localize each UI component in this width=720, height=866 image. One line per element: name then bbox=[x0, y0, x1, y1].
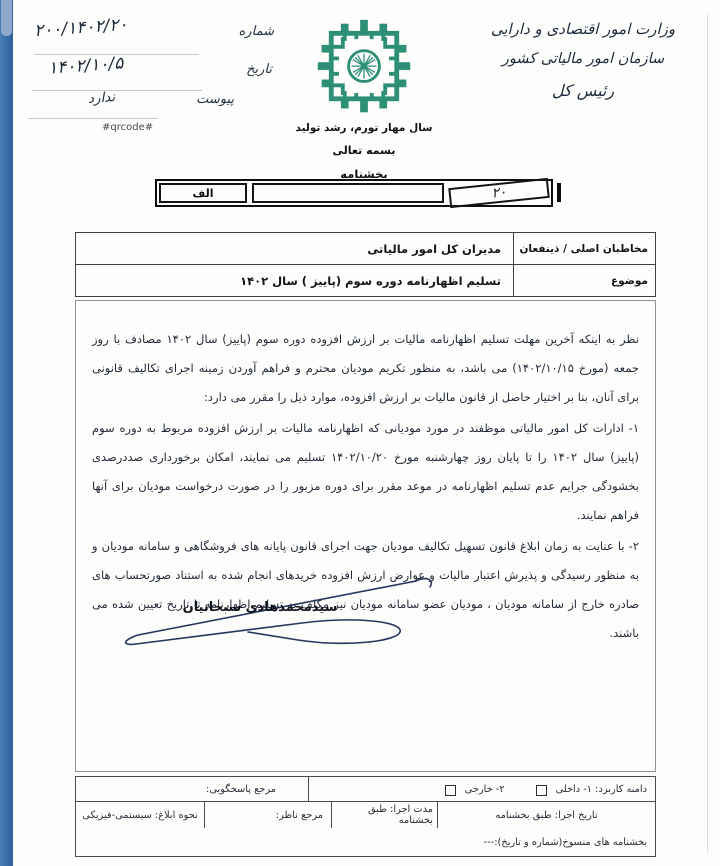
superseded-circulars-cell: بخشنامه های منسوخ(شماره و تاریخ):--- bbox=[76, 828, 655, 856]
table-row: موضوع تسلیم اظهارنامه دوره سوم (پاییز ) … bbox=[76, 264, 655, 296]
scope-cell: دامنه کاربرد: ۱- داخلی ۲- خارجی bbox=[308, 777, 655, 801]
attachment-value: ندارد bbox=[87, 89, 115, 107]
notification-method-cell: نحوه ابلاغ: سیستمی-فیزیکی bbox=[76, 802, 204, 828]
scrollbar-thumb[interactable] bbox=[1, 0, 12, 36]
scope-internal-label: دامنه کاربرد: ۱- داخلی bbox=[556, 784, 647, 795]
number-value: ۲۰۰/۱۴۰۲/۲۰ bbox=[33, 15, 128, 41]
scope-external-label: ۲- خارجی bbox=[465, 784, 505, 795]
bismillah-text: بسمه تعالی bbox=[278, 144, 450, 157]
left-scrollbar[interactable] bbox=[0, 0, 13, 866]
paragraph-item-1: ۱- ادارات کل امور مالیاتی موظفند در مورد… bbox=[92, 414, 639, 530]
checkbox-external bbox=[445, 785, 456, 796]
circular-number-box: ۲۰ bbox=[448, 178, 550, 208]
checkbox-internal bbox=[536, 785, 547, 796]
addressee-table: مخاطبان اصلی / ذینفعان مدیران کل امور ما… bbox=[75, 232, 656, 297]
classification-box: الف bbox=[159, 183, 247, 203]
subject-label: موضوع bbox=[513, 265, 655, 296]
subject-value: تسلیم اظهارنامه دوره سوم (پاییز ) سال ۱۴… bbox=[76, 265, 513, 296]
number-label: شماره bbox=[239, 24, 274, 39]
strip-end-mark bbox=[557, 183, 561, 202]
page-edge-line bbox=[707, 14, 708, 852]
ministry-line: وزارت امور اقتصادی و دارایی bbox=[464, 14, 702, 44]
letter-body-box: نظر به اینکه آخرین مهلت تسلیم اظهارنامه … bbox=[75, 300, 656, 772]
signature-scribble-icon bbox=[90, 577, 462, 657]
responder-cell: مرجع پاسخگویی: bbox=[76, 777, 308, 801]
qrcode-placeholder: #qrcode# bbox=[102, 122, 153, 133]
table-row: مخاطبان اصلی / ذینفعان مدیران کل امور ما… bbox=[76, 233, 655, 264]
supervisor-cell: مرجع ناظر: bbox=[204, 802, 331, 828]
letter-meta-block: شماره ۲۰۰/۱۴۰۲/۲۰ تاریخ ۱۴۰۲/۱۰/۵ پیوست … bbox=[26, 10, 266, 140]
date-value: ۱۴۰۲/۱۰/۵ bbox=[47, 53, 124, 78]
audience-label: مخاطبان اصلی / ذینفعان bbox=[513, 233, 655, 264]
audience-value: مدیران کل امور مالیاتی bbox=[76, 233, 513, 264]
director-general-line: رئیس کل bbox=[464, 74, 702, 108]
table-row: تاریخ اجرا: طبق بخشنامه مدت اجرا: طبق بخ… bbox=[76, 801, 655, 828]
execution-duration-cell: مدت اجرا: طبق بخشنامه bbox=[331, 802, 437, 828]
paragraph-intro: نظر به اینکه آخرین مهلت تسلیم اظهارنامه … bbox=[92, 325, 639, 412]
execution-date-cell: تاریخ اجرا: طبق بخشنامه bbox=[437, 802, 655, 828]
attachment-label: پیوست bbox=[196, 92, 234, 107]
empty-box bbox=[252, 183, 444, 203]
table-row: دامنه کاربرد: ۱- داخلی ۲- خارجی مرجع پاس… bbox=[76, 777, 655, 801]
circular-number-strip: ۲۰ الف bbox=[155, 179, 553, 207]
circular-document-page: وزارت امور اقتصادی و دارایی سازمان امور … bbox=[0, 0, 720, 866]
tax-administration-emblem-icon bbox=[306, 16, 422, 120]
letterhead-ministry: وزارت امور اقتصادی و دارایی سازمان امور … bbox=[464, 14, 702, 108]
footer-classification-table: دامنه کاربرد: ۱- داخلی ۲- خارجی مرجع پاس… bbox=[75, 776, 656, 857]
year-slogan: سال مهار تورم، رشد تولید bbox=[268, 122, 460, 134]
organization-line: سازمان امور مالیاتی کشور bbox=[464, 44, 702, 74]
date-label: تاریخ bbox=[246, 62, 272, 77]
signatory-name: سیدمحمدهادی سبحانیان bbox=[134, 600, 386, 615]
